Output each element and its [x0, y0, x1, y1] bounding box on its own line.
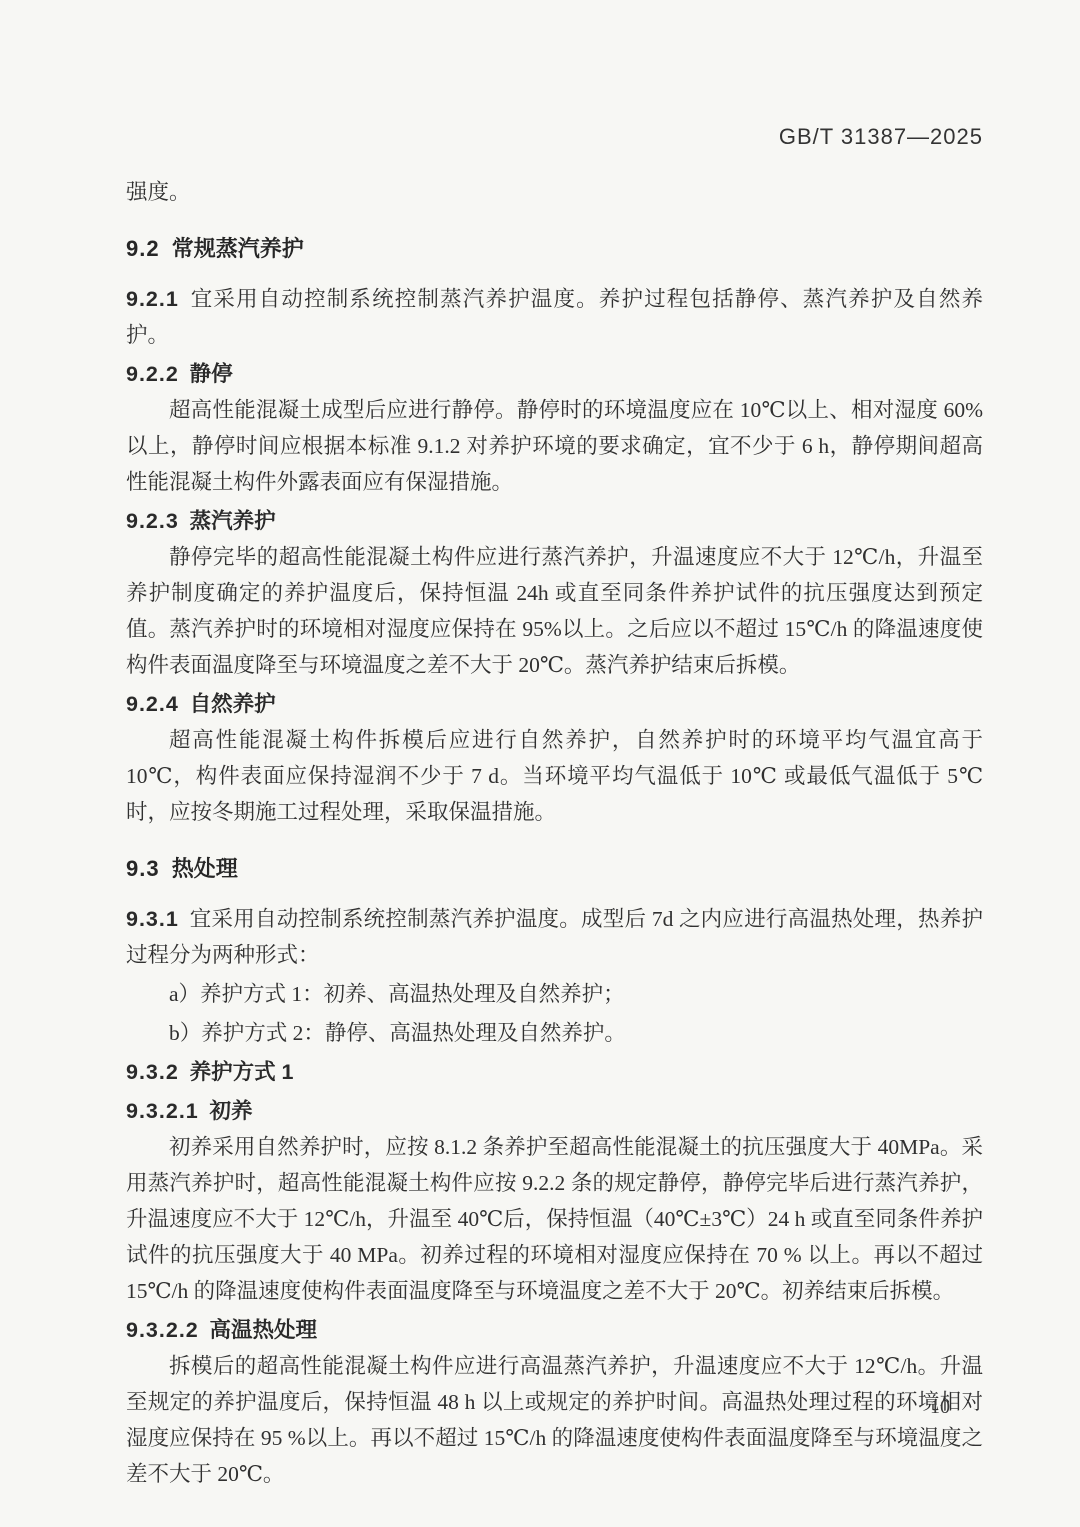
document-page: GB/T 31387—2025 强度。 9.2常规蒸汽养护 9.2.1宜采用自动… [0, 0, 1080, 1527]
section-number: 9.3 [126, 856, 160, 881]
clause-title: 自然养护 [190, 692, 276, 716]
page-header: GB/T 31387—2025 [126, 122, 983, 152]
section-title: 热处理 [172, 856, 238, 881]
paragraph-9-3-2-2: 拆模后的超高性能混凝土构件应进行高温蒸汽养护，升温速度应不大于 12℃/h。升温… [126, 1348, 983, 1492]
clause-text: 宜采用自动控制系统控制蒸汽养护温度。成型后 7d 之内应进行高温热处理，热养护过… [126, 907, 983, 967]
clause-heading-9-3-2: 9.3.2养护方式 1 [126, 1054, 983, 1090]
paragraph-9-3-2-1: 初养采用自然养护时，应按 8.1.2 条养护至超高性能混凝土的抗压强度大于 40… [126, 1129, 983, 1309]
paragraph-9-2-4: 超高性能混凝土构件拆模后应进行自然养护，自然养护时的环境平均气温宜高于 10℃，… [126, 722, 983, 830]
clause-number: 9.3.2.2 [126, 1318, 199, 1342]
clause-number: 9.3.2 [126, 1060, 179, 1084]
section-heading-9-3: 9.3热处理 [126, 851, 983, 887]
clause-heading-9-2-4: 9.2.4自然养护 [126, 686, 983, 722]
clause-heading-9-3-2-1: 9.3.2.1初养 [126, 1093, 983, 1129]
clause-number: 9.3.1 [126, 907, 179, 931]
continued-paragraph-text: 强度。 [126, 174, 983, 210]
clause-title: 养护方式 1 [190, 1060, 294, 1084]
clause-title: 高温热处理 [210, 1318, 318, 1342]
section-heading-9-2: 9.2常规蒸汽养护 [126, 231, 983, 267]
paragraph-9-2-2: 超高性能混凝土成型后应进行静停。静停时的环境温度应在 10℃以上、相对湿度 60… [126, 392, 983, 500]
clause-9-2-1: 9.2.1宜采用自动控制系统控制蒸汽养护温度。养护过程包括静停、蒸汽养护及自然养… [126, 281, 983, 353]
page-number: 10 [930, 1396, 950, 1419]
list-item-b: b）养护方式 2：静停、高温热处理及自然养护。 [126, 1015, 983, 1051]
clause-number: 9.2.2 [126, 362, 179, 386]
clause-text: 宜采用自动控制系统控制蒸汽养护温度。养护过程包括静停、蒸汽养护及自然养护。 [126, 287, 983, 347]
clause-title: 静停 [190, 362, 233, 386]
paragraph-9-2-3: 静停完毕的超高性能混凝土构件应进行蒸汽养护，升温速度应不大于 12℃/h，升温至… [126, 539, 983, 683]
clause-title: 初养 [210, 1099, 253, 1123]
clause-number: 9.2.1 [126, 287, 179, 311]
clause-number: 9.3.2.1 [126, 1099, 199, 1123]
clause-number: 9.2.4 [126, 692, 179, 716]
section-title: 常规蒸汽养护 [172, 236, 304, 261]
section-number: 9.2 [126, 236, 160, 261]
clause-9-3-1: 9.3.1宜采用自动控制系统控制蒸汽养护温度。成型后 7d 之内应进行高温热处理… [126, 901, 983, 973]
clause-heading-9-2-3: 9.2.3蒸汽养护 [126, 503, 983, 539]
clause-heading-9-2-2: 9.2.2静停 [126, 356, 983, 392]
clause-title: 蒸汽养护 [190, 509, 276, 533]
clause-heading-9-3-2-2: 9.3.2.2高温热处理 [126, 1312, 983, 1348]
clause-number: 9.2.3 [126, 509, 179, 533]
standard-code: GB/T 31387—2025 [779, 124, 983, 149]
list-item-a: a）养护方式 1：初养、高温热处理及自然养护； [126, 976, 983, 1012]
